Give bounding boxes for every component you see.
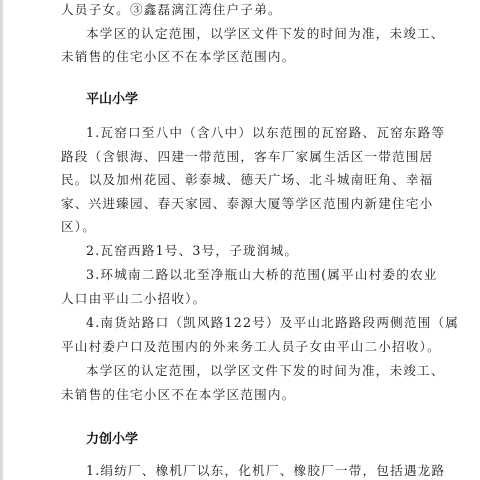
section-title: 平山小学 xyxy=(86,92,138,108)
note-text: 未销售的住宅小区不在本学区范围内。 xyxy=(61,49,413,65)
text-line: 人员子女。③鑫磊漓江湾住户子弟。 xyxy=(61,2,413,18)
note-text: 未销售的住宅小区不在本学区范围内。 xyxy=(61,387,413,403)
page-edge-border xyxy=(0,0,3,480)
text-line: 1.绢纺厂、橡机厂以东，化机厂、橡胶厂一带，包括遇龙路 xyxy=(86,463,413,479)
text-line: 4.南货站路口（凯风路122号）及平山北路路段两侧范围（属 xyxy=(86,315,413,331)
note-text: 本学区的认定范围，以学区文件下发的时间为准，未竣工、 xyxy=(86,26,413,42)
text-line: 人口由平山二小招收）。 xyxy=(61,291,413,307)
text-line: 1.瓦窑口至八中（含八中）以东范围的瓦窑路、瓦窑东路等 xyxy=(86,125,413,141)
text-line: 区）。 xyxy=(61,219,413,235)
note-text: 本学区的认定范围，以学区文件下发的时间为准，未竣工、 xyxy=(86,363,413,379)
section-title: 力创小学 xyxy=(86,432,138,448)
text-line: 路段（含银海、四建一带范围，客车厂家属生活区一带范围居 xyxy=(61,149,413,165)
text-line: 家、兴进臻园、春天家园、泰源大厦等学区范围内新建住宅小 xyxy=(61,196,413,212)
text-line: 3.环城南二路以北至净瓶山大桥的范围(属平山村委的农业 xyxy=(86,267,413,283)
text-line: 2.瓦窑西路1号、3号，子珑润城。 xyxy=(86,243,413,259)
text-line: 民。以及加州花园、彰泰城、德天广场、北斗城南旺角、幸福 xyxy=(61,172,413,188)
text-line: 平山村委户口及范围内的外来务工人员子女由平山二小招收）。 xyxy=(61,339,413,355)
